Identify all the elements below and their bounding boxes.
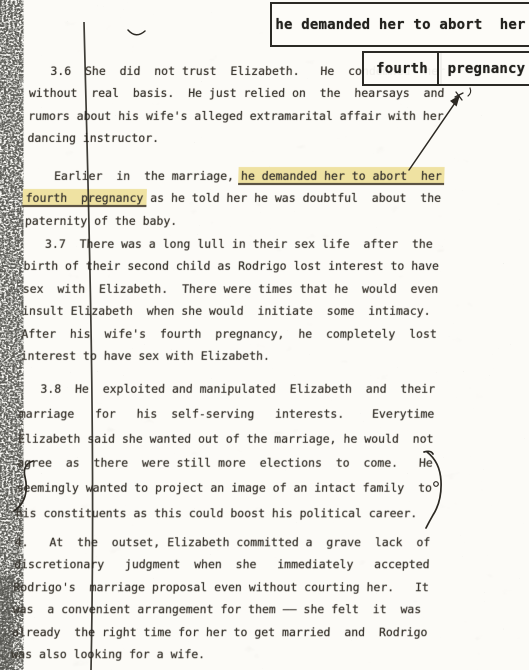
text-line: fourth pregnancy as he told her he was d… xyxy=(25,187,441,209)
text-segment: as he told her he was doubtful about the xyxy=(143,191,441,205)
text-line: 3.7 There was a long lull in their sex l… xyxy=(24,233,440,255)
highlighted-text-fourth-pregnancy: fourth pregnancy xyxy=(22,189,146,207)
paragraph-3-7: 3.7 There was a long lull in their sex l… xyxy=(20,233,440,367)
text-line: agree as there were still more elections… xyxy=(17,451,433,476)
callout-box-demanded-abort: he demanded her to abort her xyxy=(270,2,529,47)
text-line: birth of their second child as Rodrigo l… xyxy=(23,255,439,277)
text-line: sex with Elizabeth. There were times tha… xyxy=(22,278,438,300)
callout-text: pregnancy xyxy=(448,61,526,77)
text-line: Elizabeth said she wanted out of the mar… xyxy=(18,427,434,452)
callout-box-fourth: fourth xyxy=(362,51,442,86)
text-line: dancing instructor. xyxy=(27,127,443,149)
scanned-document-page: 3.6 She did not trust Elizabeth. He cond… xyxy=(0,0,529,670)
text-line: marriage for his self-serving interests.… xyxy=(18,402,434,427)
paragraph-earlier-marriage: Earlier in the marriage, he demanded her… xyxy=(25,165,443,232)
text-line: paternity of the baby. xyxy=(25,210,441,232)
text-line: Earlier in the marriage, he demanded her… xyxy=(26,165,442,187)
bottom-left-scan-smudge xyxy=(0,580,10,670)
text-line: After his wife's fourth pregnancy, he co… xyxy=(21,323,437,345)
text-line: interest to have sex with Elizabeth. xyxy=(20,345,436,367)
text-line: seemingly wanted to project an image of … xyxy=(16,476,432,501)
text-line: 3.8 He exploited and manipulated Elizabe… xyxy=(19,377,435,402)
text-line: 4. At the outset, Elizabeth committed a … xyxy=(14,531,430,553)
text-line: his constituents as this could boost his… xyxy=(15,501,431,526)
text-line: was also looking for a wife. xyxy=(11,643,427,665)
paragraph-4: 4. At the outset, Elizabeth committed a … xyxy=(11,531,431,665)
document-body: 3.6 She did not trust Elizabeth. He cond… xyxy=(11,0,512,670)
callout-text: fourth xyxy=(376,61,428,77)
text-line: insult Elizabeth when she would initiate… xyxy=(22,300,438,322)
text-line: was a convenient arrangement for them ——… xyxy=(12,598,428,620)
callout-box-pregnancy: pregnancy xyxy=(437,51,529,86)
text-line: Rodrigo's marriage proposal even without… xyxy=(13,576,429,598)
highlighted-text-abort: he demanded her to abort her xyxy=(238,167,445,185)
paragraph-3-8: 3.8 He exploited and manipulated Elizabe… xyxy=(15,377,435,526)
text-line: already the right time for her to get ma… xyxy=(12,621,428,643)
callout-text: he demanded her to abort her xyxy=(275,17,525,33)
text-segment: Earlier in the marriage, xyxy=(26,169,241,183)
text-line: rumors about his wife's alleged extramar… xyxy=(28,105,444,127)
text-line: discretionary judgment when she immediat… xyxy=(14,553,430,575)
